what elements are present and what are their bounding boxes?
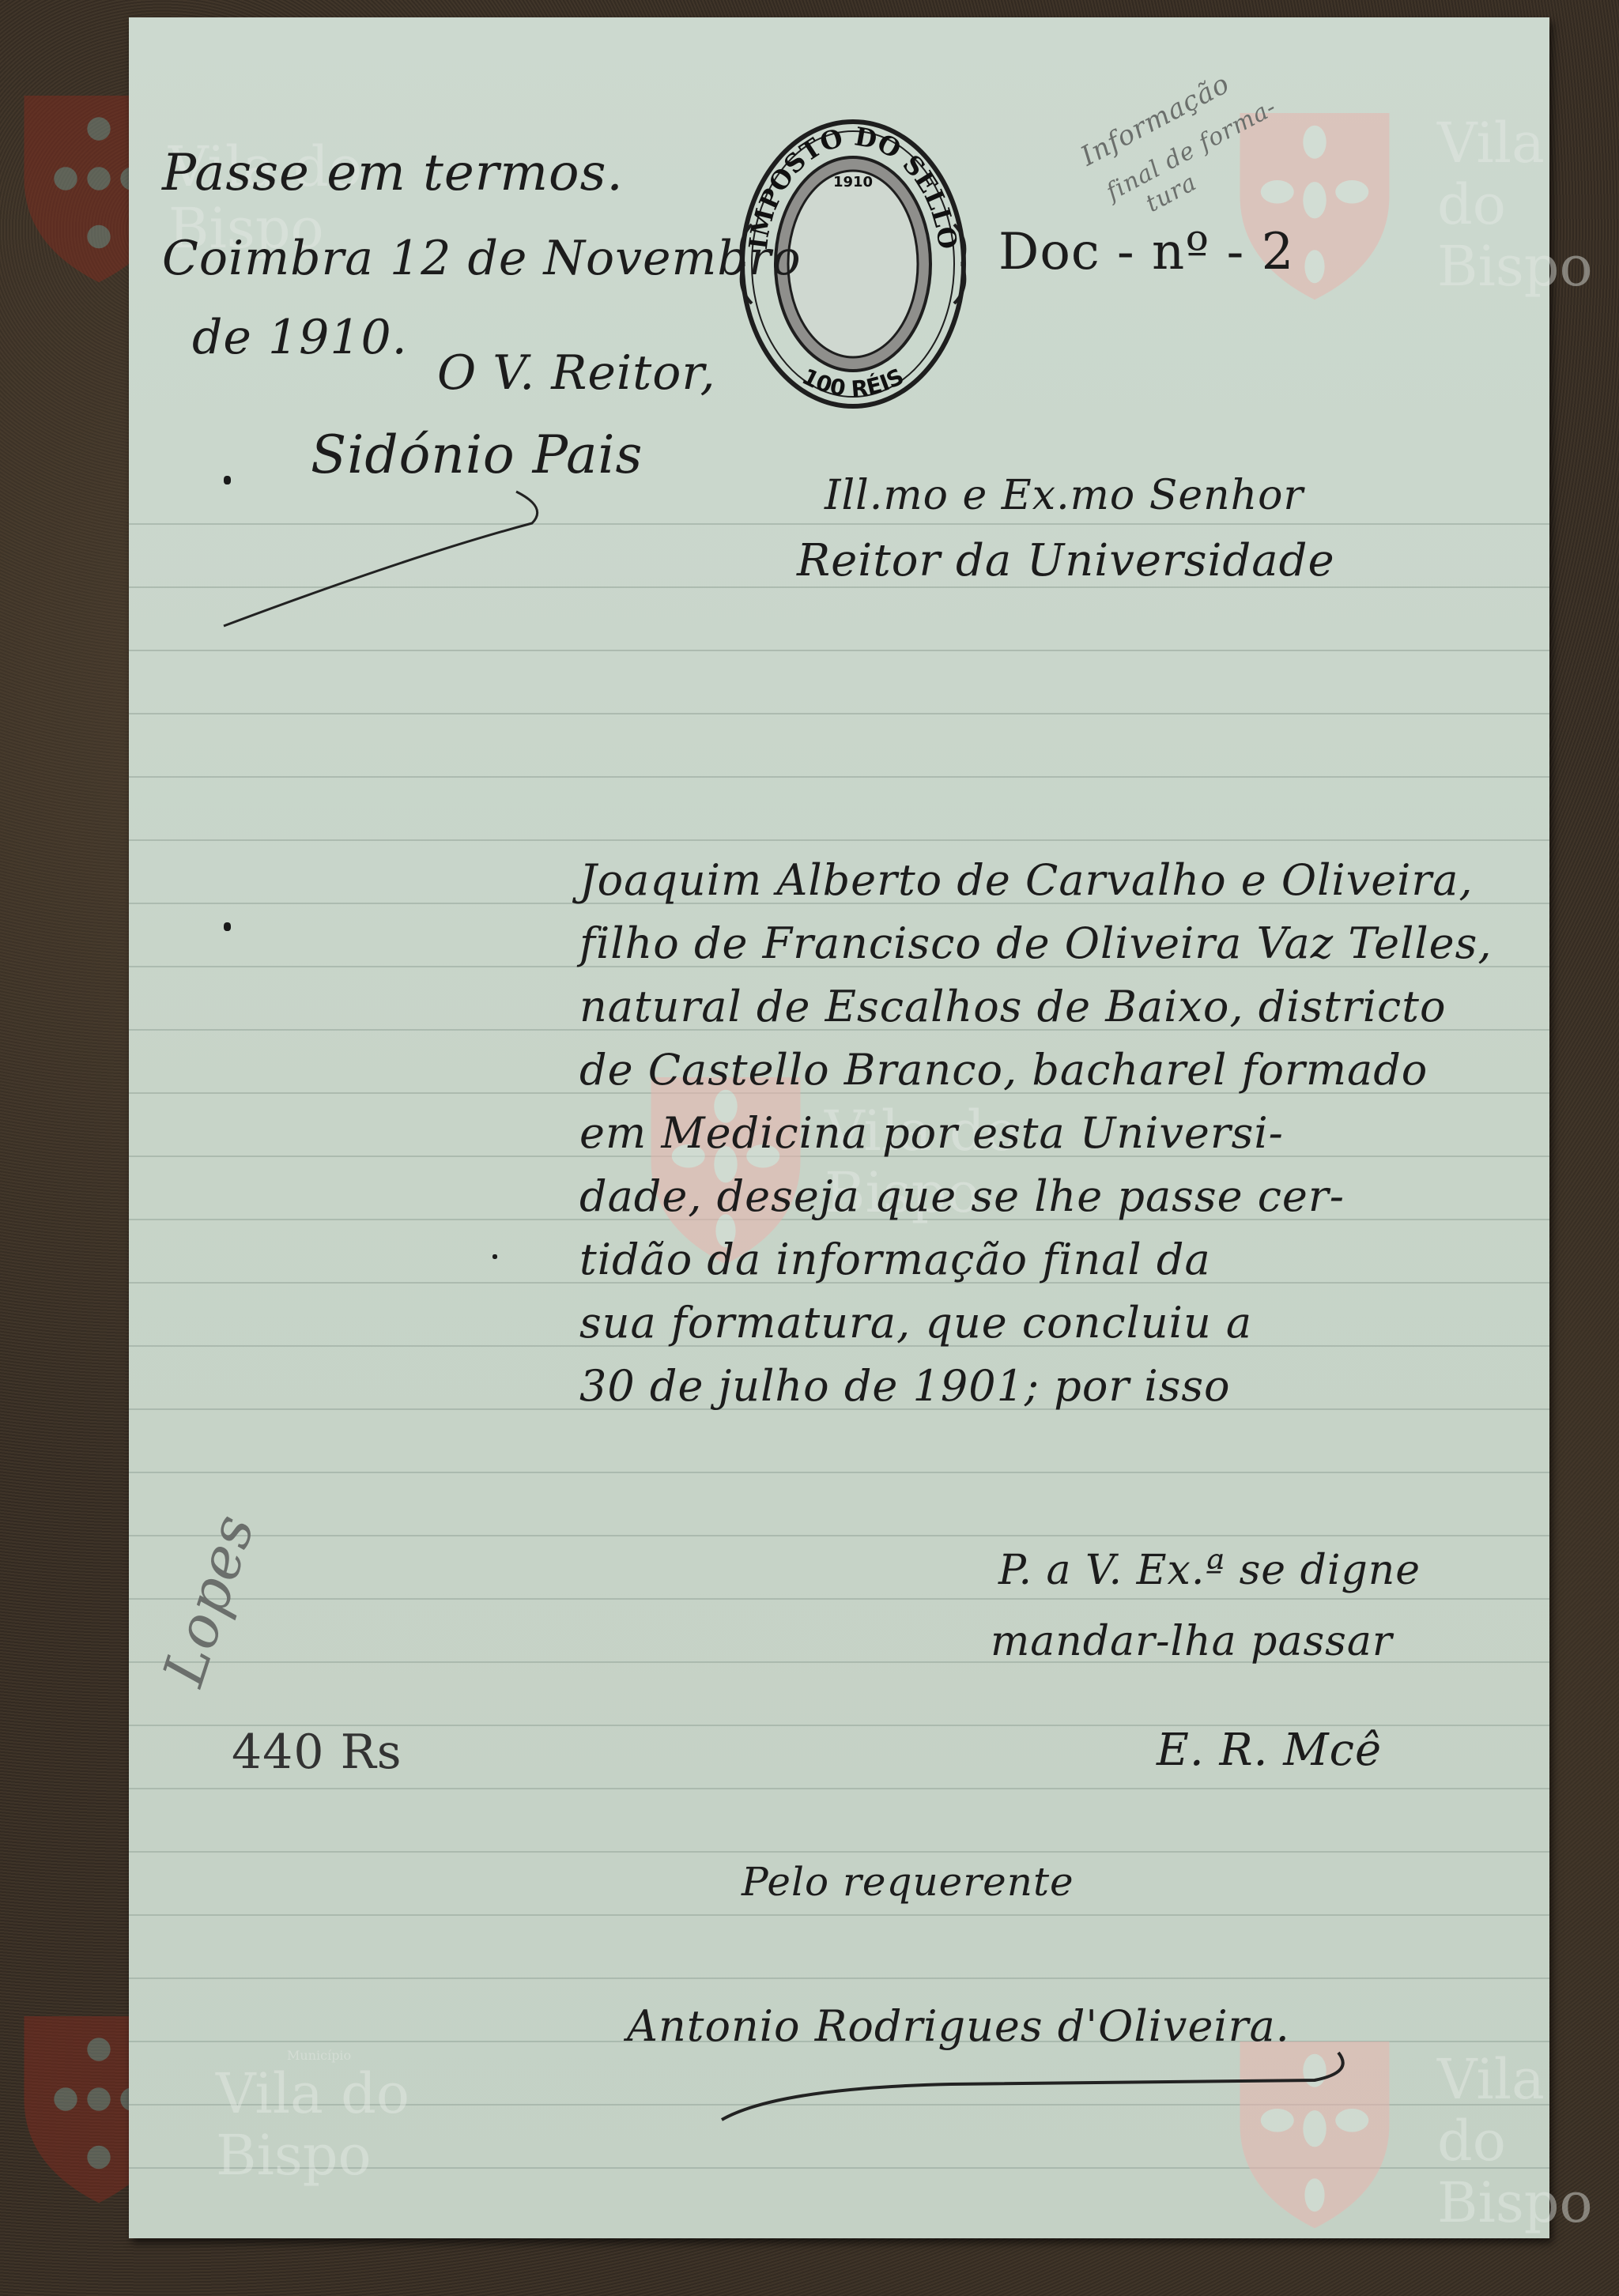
dispatch-line-2: Coimbra 12 de Novembro [162,231,802,286]
watermark-text-bottom-right: Vila doBispo [1437,2049,1593,2234]
address-line-2: Reitor da Universidade [797,535,1335,586]
body-line-3: natural de Escalhos de Baixo, districto [579,982,1447,1031]
stamp-year: 1910 [833,174,873,190]
body-line-7: tidão da informação final da [579,1235,1211,1284]
dispatch-line-3: de 1910. [192,310,408,365]
body-line-1: Joaquim Alberto de Carvalho e Oliveira, [579,855,1474,905]
closing-line-1: P. a V. Ex.ª se digne [998,1547,1421,1594]
body-line-8: sua formatura, que concluiu a [579,1298,1252,1348]
closing-line-2: mandar-lha passar [991,1618,1393,1665]
closing-line-3: E. R. Mcê [1157,1725,1382,1776]
body-line-2: filho de Francisco de Oliveira Vaz Telle… [579,918,1492,968]
body-line-6: dade, deseja que se lhe passe cer- [579,1171,1345,1221]
document-page: Vila doBispo Vila doBispo Vila doBispo V… [129,17,1549,2238]
dispatch-line-1: Passe em termos. [162,144,624,202]
body-line-5: em Medicina por esta Universi- [579,1108,1284,1158]
signature-label: Pelo requerente [742,1859,1074,1905]
fee-amount: 440 Rs [232,1725,402,1780]
address-line-1: Ill.mo e Ex.mo Senhor [825,472,1304,519]
signature-flourish [216,460,548,634]
watermark-text-bottom-left: Município Vila doBispo [216,2049,409,2186]
dispatch-line-4: O V. Reitor, [437,345,716,401]
body-line-4: de Castello Branco, bacharel formado [579,1045,1428,1095]
document-number: Doc - nº - 2 [998,223,1294,281]
signature-underline [714,2041,1362,2136]
body-line-9: 30 de julho de 1901; por isso [579,1361,1231,1411]
watermark-text-top-right: Vila doBispo [1437,112,1593,297]
